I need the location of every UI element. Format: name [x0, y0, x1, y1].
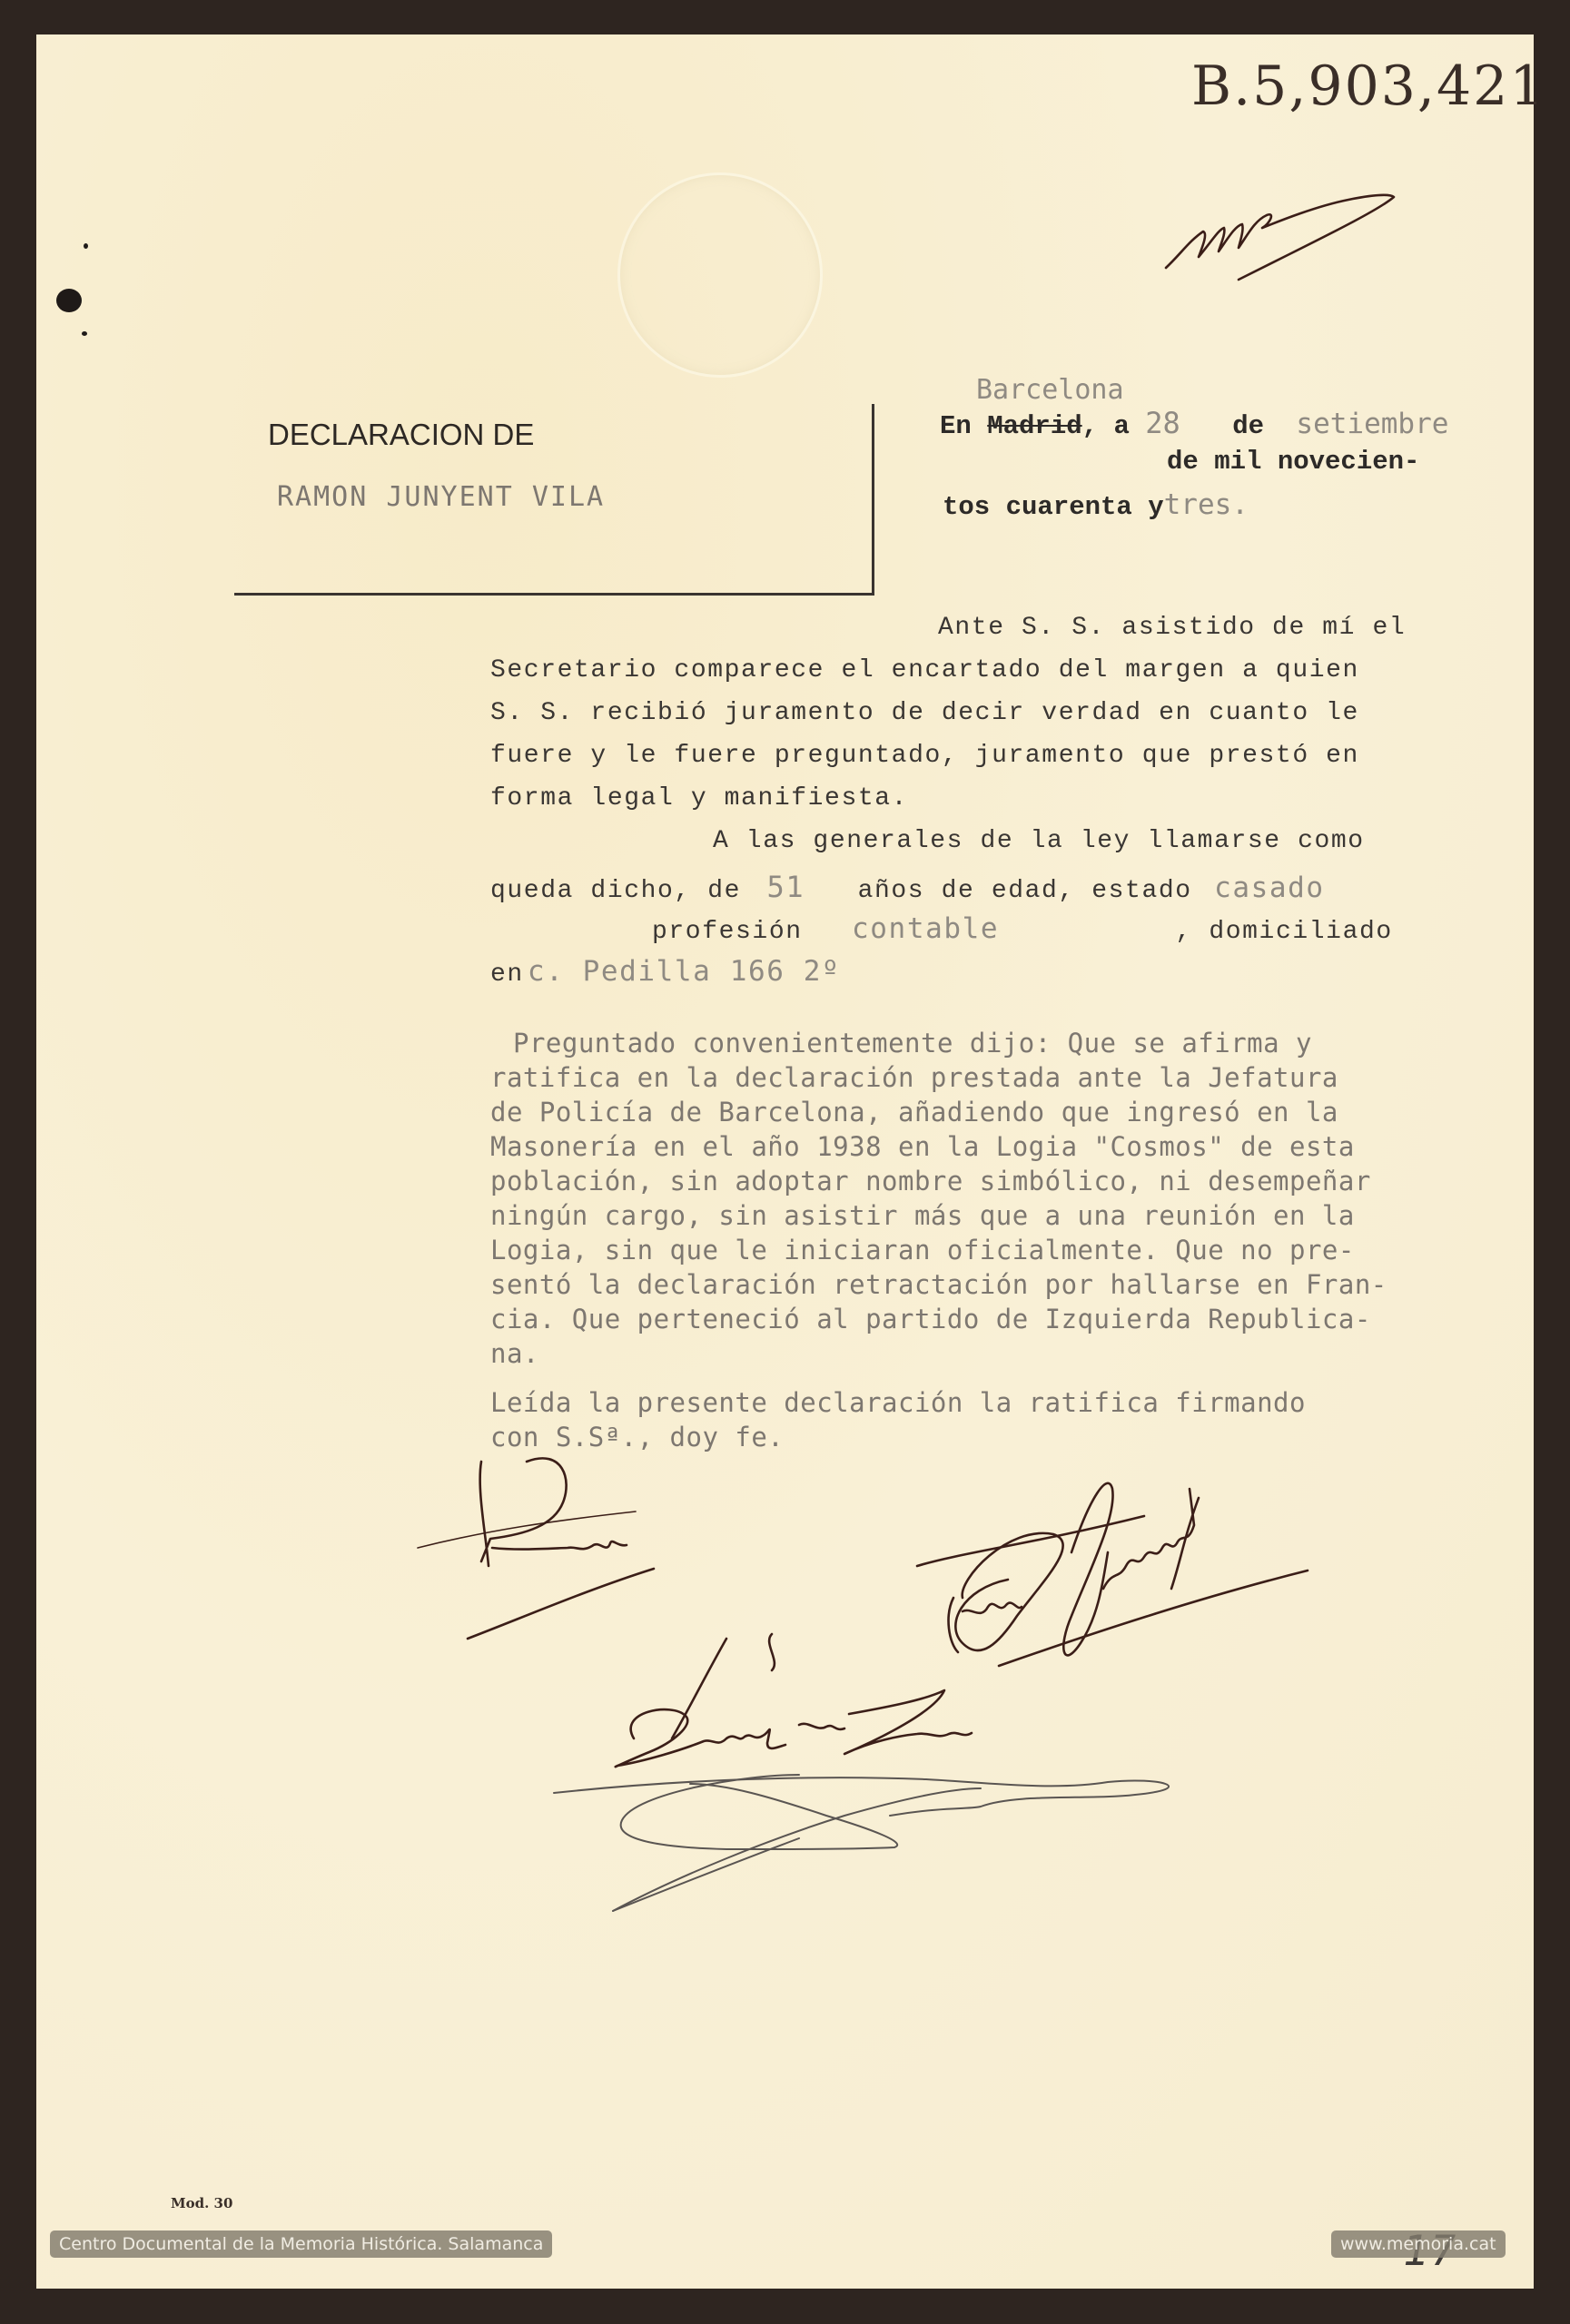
- preamble-line: forma legal y manifiesta.: [490, 784, 908, 812]
- archive-watermark: Centro Documental de la Memoria Históric…: [50, 2230, 552, 2258]
- preamble-line: Secretario comparece el encartado del ma…: [490, 656, 1359, 684]
- judge-signature-icon: [418, 1452, 890, 1661]
- initials-signature-icon: [1162, 168, 1407, 286]
- a-label: , a: [1082, 411, 1130, 441]
- year-prefix: tos cuarenta y: [943, 492, 1164, 522]
- site-watermark[interactable]: www.memoria.cat: [1331, 2230, 1506, 2258]
- day-value: 28: [1145, 406, 1180, 440]
- profesion-label: profesión: [652, 918, 803, 946]
- declaration-line: Logia, sin que le iniciaran oficialmente…: [490, 1235, 1355, 1265]
- box-right-border: [872, 404, 874, 595]
- year-word: tres.: [1164, 488, 1249, 521]
- age-value: 51: [766, 870, 805, 904]
- reference-number: B.5,903,421: [1191, 54, 1546, 118]
- declarant-name: RAMON JUNYENT VILA: [277, 481, 605, 513]
- declaration-line: ningún cargo, sin asistir más que a una …: [490, 1200, 1355, 1231]
- margin-mark: [84, 243, 88, 249]
- profession-value: contable: [852, 912, 999, 945]
- month-value: setiembre: [1296, 408, 1448, 440]
- de-label: de: [1232, 411, 1264, 441]
- ink-blot: [56, 289, 82, 312]
- printed-place: Madrid: [987, 411, 1081, 441]
- prefix-text: En: [940, 411, 972, 441]
- generales-line2: queda dicho, de 51 años de edad, estado …: [490, 870, 1325, 905]
- generales-line3: profesión contable , domiciliado: [652, 912, 1393, 946]
- generales-line1: A las generales de la ley llamarse como: [713, 827, 1365, 855]
- form-model-label: Mod. 30: [171, 2195, 232, 2211]
- queda-dicho-label: queda dicho, de: [490, 877, 741, 905]
- en-label: en: [490, 960, 524, 989]
- address-value: c. Pedilla 166 2º: [528, 955, 840, 988]
- preamble-line: fuere y le fuere preguntado, juramento q…: [490, 742, 1359, 770]
- preamble-line: Ante S. S. asistido de mí el: [938, 614, 1406, 642]
- box-bottom-border: [234, 593, 874, 596]
- declaration-line: sentó la declaración retractación por ha…: [490, 1269, 1387, 1300]
- declaration-line: Masonería en el año 1938 en la Logia "Co…: [490, 1131, 1355, 1162]
- date-line2: de mil novecien-: [1167, 447, 1419, 477]
- declaration-line: de Policía de Barcelona, añadiendo que i…: [490, 1097, 1338, 1128]
- corrected-place: Barcelona: [976, 374, 1124, 406]
- civil-status-value: casado: [1214, 871, 1325, 904]
- domiciliado-label: , domiciliado: [1176, 918, 1393, 946]
- embossed-seal: [617, 172, 823, 378]
- preamble-line: S. S. recibió juramento de decir verdad …: [490, 699, 1359, 727]
- declaration-line: con S.Sª., doy fe.: [490, 1422, 784, 1452]
- place-date-line1: En Madrid, a 28 de setiembre: [940, 406, 1448, 441]
- declaration-line: na.: [490, 1338, 539, 1369]
- anos-label: años de edad, estado: [858, 877, 1192, 905]
- declaration-line: población, sin adoptar nombre simbólico,…: [490, 1166, 1371, 1196]
- declaration-heading: DECLARACION DE: [268, 418, 534, 452]
- declaration-line: ratifica en la declaración prestada ante…: [490, 1062, 1338, 1093]
- secretary-flourish-icon: [545, 1766, 1362, 1929]
- declaration-line: cia. Que perteneció al partido de Izquie…: [490, 1304, 1371, 1334]
- margin-mark: [82, 331, 87, 336]
- declaration-line: Leída la presente declaración la ratific…: [490, 1387, 1306, 1418]
- declaration-line: Preguntado convenientemente dijo: Que se…: [513, 1028, 1312, 1059]
- generales-line4: enc. Pedilla 166 2º: [490, 955, 840, 989]
- date-line3: tos cuarenta ytres.: [943, 488, 1249, 522]
